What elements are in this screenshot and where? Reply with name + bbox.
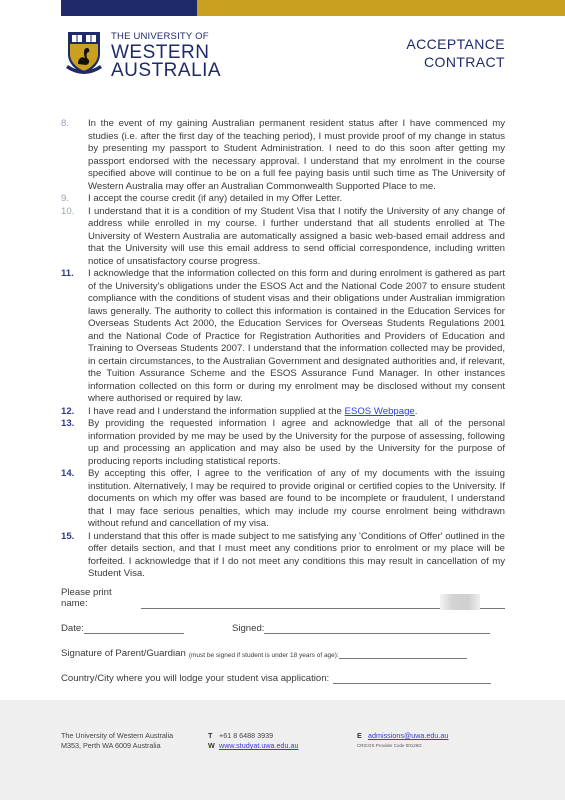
email-label: E	[357, 731, 368, 741]
signature-form: Please print name: Date: Signed: Signatu…	[61, 597, 505, 697]
redacted-name-region	[440, 594, 480, 610]
clause-number: 8.	[61, 118, 88, 193]
parent-signature-field[interactable]	[339, 648, 467, 659]
clause-number: 14.	[61, 468, 88, 531]
date-signed-row: Date: Signed:	[61, 622, 505, 634]
footer-address: The University of Western Australia M353…	[61, 731, 173, 751]
footer-address-line-2: M353, Perth WA 6009 Australia	[61, 741, 173, 751]
parent-signature-row: Signature of Parent/Guardian (must be si…	[61, 647, 505, 659]
print-name-row: Please print name:	[61, 597, 505, 609]
clause-item: 10. I understand that it is a condition …	[61, 206, 505, 269]
clause-number: 12.	[61, 406, 88, 419]
logo-line-2: WESTERN	[111, 43, 221, 62]
parent-signature-note: (must be signed if student is under 18 y…	[189, 652, 339, 659]
header-color-bar	[61, 0, 565, 16]
document-title-line-2: CONTRACT	[406, 53, 505, 71]
clause-text: I have read and I understand the informa…	[88, 406, 505, 419]
clause-item: 8. In the event of my gaining Australian…	[61, 118, 505, 193]
clause-text: I acknowledge that the information colle…	[88, 268, 505, 406]
visa-location-row: Country/City where you will lodge your s…	[61, 672, 505, 684]
footer-address-line-1: The University of Western Australia	[61, 731, 173, 741]
cricos-code: CRICOS Provider Code 00126G	[357, 741, 448, 751]
logo-wordmark: THE UNIVERSITY OF WESTERN AUSTRALIA	[111, 30, 221, 80]
footer-email-link[interactable]: admissions@uwa.edu.au	[368, 731, 448, 740]
clause-text: In the event of my gaining Australian pe…	[88, 118, 505, 193]
esos-webpage-link[interactable]: ESOS Webpage	[345, 406, 415, 417]
parent-signature-label: Signature of Parent/Guardian	[61, 648, 186, 659]
clause-item: 12. I have read and I understand the inf…	[61, 406, 505, 419]
clause-number: 15.	[61, 531, 88, 581]
footer-phone: +61 8 6488 3939	[219, 731, 273, 740]
clause-text-before-link: I have read and I understand the informa…	[88, 406, 345, 417]
clause-number: 13.	[61, 418, 88, 468]
clause-item: 14. By accepting this offer, I agree to …	[61, 468, 505, 531]
date-label: Date:	[61, 623, 84, 634]
clause-text: I understand that this offer is made sub…	[88, 531, 505, 581]
footer-website-link[interactable]: www.studyat.uwa.edu.au	[219, 741, 299, 750]
clause-text: I accept the course credit (if any) deta…	[88, 193, 505, 206]
phone-label: T	[208, 731, 219, 741]
header-bar-navy	[61, 0, 197, 16]
university-logo: THE UNIVERSITY OF WESTERN AUSTRALIA	[64, 30, 221, 80]
clause-number: 11.	[61, 268, 88, 406]
document-title-line-1: ACCEPTANCE	[406, 35, 505, 53]
logo-line-3: AUSTRALIA	[111, 61, 221, 80]
visa-location-label: Country/City where you will lodge your s…	[61, 673, 329, 684]
visa-location-field[interactable]	[333, 673, 491, 684]
clause-item: 13. By providing the requested informati…	[61, 418, 505, 468]
print-name-label: Please print name:	[61, 587, 141, 609]
page-footer: The University of Western Australia M353…	[0, 700, 565, 800]
footer-contact: T+61 8 6488 3939 Wwww.studyat.uwa.edu.au	[208, 731, 299, 751]
web-label: W	[208, 741, 219, 751]
clause-list: 8. In the event of my gaining Australian…	[61, 118, 505, 581]
header-bar-gold	[197, 0, 565, 16]
clause-text: I understand that it is a condition of m…	[88, 206, 505, 269]
clause-text: By accepting this offer, I agree to the …	[88, 468, 505, 531]
signed-field[interactable]	[264, 623, 490, 634]
uwa-crest-icon	[64, 30, 104, 76]
document-title: ACCEPTANCE CONTRACT	[406, 35, 505, 71]
footer-email-block: Eadmissions@uwa.edu.au CRICOS Provider C…	[357, 731, 448, 751]
date-field[interactable]	[84, 623, 184, 634]
clause-item: 11. I acknowledge that the information c…	[61, 268, 505, 406]
signed-label: Signed:	[232, 623, 265, 634]
clause-number: 10.	[61, 206, 88, 269]
clause-item: 9. I accept the course credit (if any) d…	[61, 193, 505, 206]
logo-line-1: THE UNIVERSITY OF	[111, 32, 221, 42]
clause-number: 9.	[61, 193, 88, 206]
clause-item: 15. I understand that this offer is made…	[61, 531, 505, 581]
clause-text: By providing the requested information I…	[88, 418, 505, 468]
clause-text-after-link: .	[415, 406, 418, 417]
